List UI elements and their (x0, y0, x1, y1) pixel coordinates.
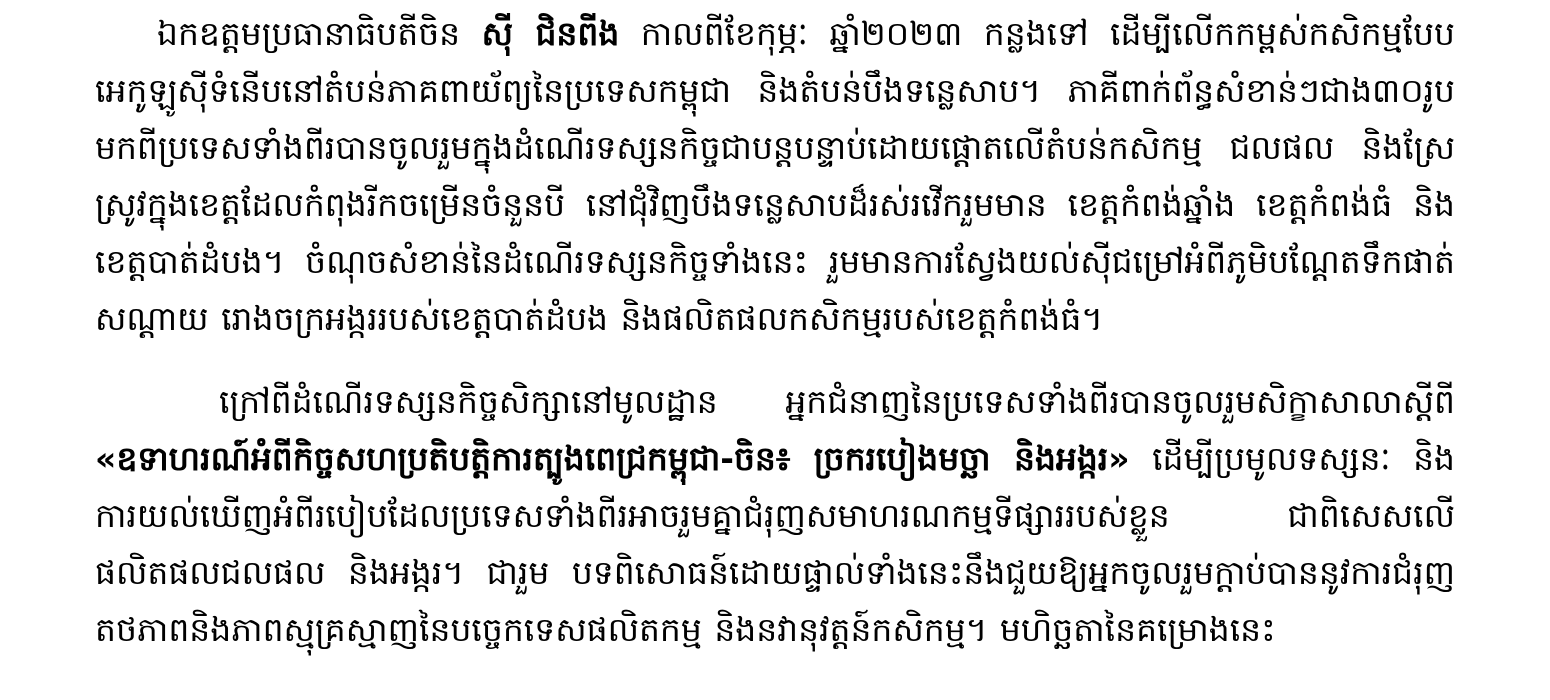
workshop-title-quote-bold: «ឧទាហរណ៍អំពីកិច្ចសហប្រតិបត្តិការត្បូងពេជ… (95, 439, 1130, 478)
paragraph-1-text-after: កាលពីខែកុម្ភៈ ឆ្នាំ២០២៣ កន្លងទៅ ដើម្បីលើ… (95, 14, 1455, 338)
paragraph-2-text-before: ក្រៅពីដំណើរទស្សនកិច្ចសិក្សានៅមូលដ្ឋាន អ្… (219, 382, 1455, 421)
paragraph-2: ក្រៅពីដំណើរទស្សនកិច្ចសិក្សានៅមូលដ្ឋាន អ្… (95, 373, 1455, 658)
paragraph-1-text-before: ឯកឧត្តមប្រធានាធិបតីចិន (157, 14, 482, 53)
document-page: ឯកឧត្តមប្រធានាធិបតីចិន ស៊ី ជិនពីង កាលពីខ… (0, 0, 1550, 700)
president-name-bold: ស៊ី ជិនពីង (482, 14, 620, 53)
paragraph-1: ឯកឧត្តមប្រធានាធិបតីចិន ស៊ី ជិនពីង កាលពីខ… (95, 5, 1455, 347)
